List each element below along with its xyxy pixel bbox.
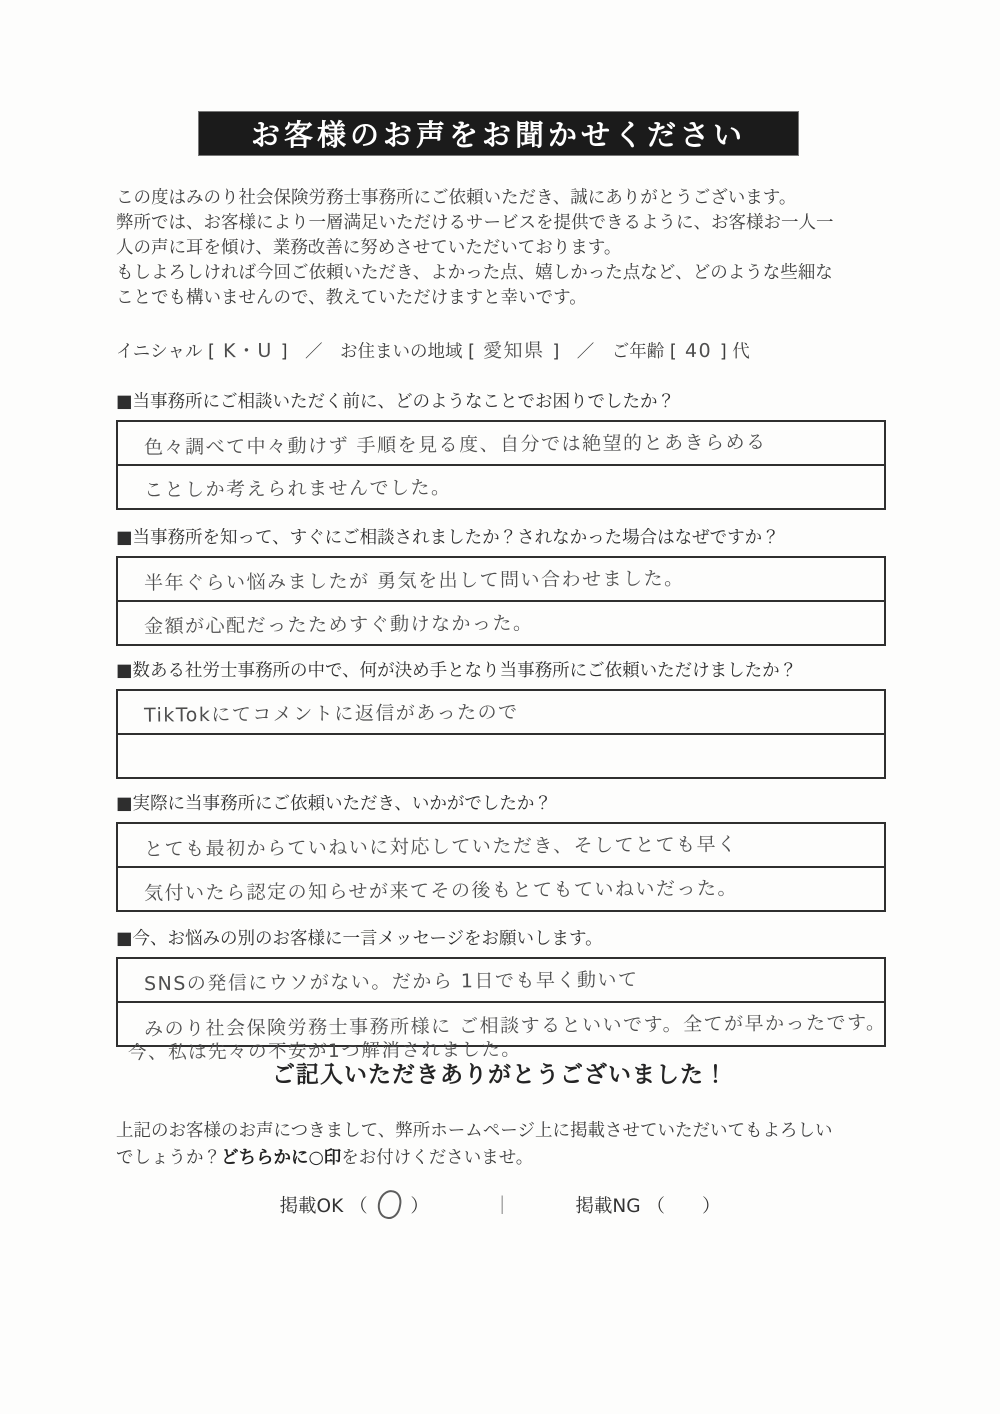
question-4-answer-box: とても最初からていねいに対応していただき、そしてとても早く 気付いたら認定の知ら… <box>116 822 886 912</box>
scanned-feedback-form: お客様のお声をお聞かせください この度はみのり社会保険労務士事務所にご依頼いただ… <box>0 0 1000 1414</box>
consent-line: でしょうか？どちらかに○印をお付けくださいませ。 <box>116 1145 916 1172</box>
consent-ng-option: 掲載NG （ ） <box>575 1192 720 1218</box>
intro-line: 弊所では、お客様により一層満足いただけるサービスを提供できるように、お客様お一人… <box>116 211 916 236</box>
form-title-banner: お客様のお声をお聞かせください <box>198 111 799 156</box>
consent-divider: ｜ <box>493 1192 512 1218</box>
handwritten-answer: とても最初からていねいに対応していただき、そしてとても早く <box>144 829 738 861</box>
initial-label: イニシャル [ <box>116 338 215 363</box>
handwritten-answer: 半年ぐらい悩みましたが 勇気を出して問い合わせました。 <box>144 563 685 595</box>
intro-paragraph: この度はみのり社会保険労務士事務所にご依頼いただき、誠にありがとうございます。 … <box>116 186 916 311</box>
initial-value: K・U <box>215 336 281 364</box>
consent-line-post: をお付けくださいませ。 <box>341 1148 533 1168</box>
intro-line: ことでも構いませんので、教えていただけますと幸いです。 <box>116 286 916 311</box>
intro-line: もしよろしければ今回ご依頼いただき、よかった点、嬉しかった点など、どのような些細… <box>116 261 916 286</box>
age-label: ] ／ ご年齢 [ <box>552 338 676 363</box>
consent-ok-close: ） <box>405 1192 429 1218</box>
question-5-answer-box: SNSの発信にウソがない。だから 1日でも早く動いて みのり社会保険労務士事務所… <box>116 957 886 1047</box>
question-block-2: ■当事務所を知って、すぐにご相談されましたか？されなかった場合はなぜですか？ 半… <box>116 524 888 646</box>
intro-line: この度はみのり社会保険労務士事務所にご依頼いただき、誠にありがとうございます。 <box>116 186 916 211</box>
handwritten-answer: 金額が心配だったためすぐ動けなかった。 <box>144 608 534 638</box>
consent-line-pre: でしょうか？ <box>116 1148 221 1168</box>
thank-you-message: ご記入いただきありがとうございました！ <box>0 1056 1000 1089</box>
handwritten-answer: TikTokにてコメントに返信があったので <box>144 697 519 727</box>
handwritten-answer: 色々調べて中々動けず 手順を見る度、自分では絶望的とあきらめる <box>144 427 767 459</box>
question-3-label: ■数ある社労士事務所の中で、何が決め手となり当事務所にご依頼いただけましたか？ <box>116 657 888 682</box>
handwritten-answer: ことしか考えられませんでした。 <box>144 472 452 502</box>
age-suffix: ] 代 <box>720 338 750 363</box>
question-block-5: ■今、お悩みの別のお客様に一言メッセージをお願いします。 SNSの発信にウソがな… <box>116 925 888 1047</box>
question-1-answer-box: 色々調べて中々動けず 手順を見る度、自分では絶望的とあきらめる ことしか考えられ… <box>116 420 886 510</box>
consent-line-bold: どちらかに○印 <box>221 1148 341 1168</box>
age-value: 40 <box>677 340 720 362</box>
question-block-4: ■実際に当事務所にご依頼いただき、いかがでしたか？ とても最初からていねいに対応… <box>116 790 888 912</box>
question-3-answer-box: TikTokにてコメントに返信があったので <box>116 689 886 779</box>
profile-line: イニシャル [ K・U ] ／ お住まいの地域 [ 愛知県 ] ／ ご年齢 [ … <box>116 336 916 363</box>
question-5-label: ■今、お悩みの別のお客様に一言メッセージをお願いします。 <box>116 925 888 950</box>
handwritten-answer: SNSの発信にウソがない。だから 1日でも早く動いて <box>144 964 639 995</box>
consent-line: 上記のお客様のお声につきまして、弊所ホームページ上に掲載させていただいてもよろし… <box>116 1118 916 1145</box>
question-1-label: ■当事務所にご相談いただく前に、どのようなことでお困りでしたか？ <box>116 388 888 413</box>
region-value: 愛知県 <box>475 336 553 364</box>
intro-line: 人の声に耳を傾け、業務改善に努めさせていただいております。 <box>116 236 916 261</box>
consent-paragraph: 上記のお客様のお声につきまして、弊所ホームページ上に掲載させていただいてもよろし… <box>116 1118 916 1172</box>
consent-ok-option: 掲載OK （ ） <box>280 1190 429 1219</box>
question-2-label: ■当事務所を知って、すぐにご相談されましたか？されなかった場合はなぜですか？ <box>116 524 888 549</box>
consent-ok-label: 掲載OK （ <box>280 1192 374 1218</box>
handwritten-answer: 気付いたら認定の知らせが来てその後もとてもていねいだった。 <box>144 873 738 905</box>
question-2-answer-box: 半年ぐらい悩みましたが 勇気を出して問い合わせました。 金額が心配だったためすぐ… <box>116 556 886 646</box>
form-title: お客様のお声をお聞かせください <box>251 113 746 154</box>
region-label: ] ／ お住まいの地域 [ <box>281 338 475 363</box>
question-block-3: ■数ある社労士事務所の中で、何が決め手となり当事務所にご依頼いただけましたか？ … <box>116 657 888 779</box>
question-block-1: ■当事務所にご相談いただく前に、どのようなことでお困りでしたか？ 色々調べて中々… <box>116 388 888 510</box>
consent-options: 掲載OK （ ） ｜ 掲載NG （ ） <box>0 1190 1000 1219</box>
question-4-label: ■実際に当事務所にご依頼いただき、いかがでしたか？ <box>116 790 888 815</box>
handwritten-circle-mark <box>375 1188 403 1221</box>
